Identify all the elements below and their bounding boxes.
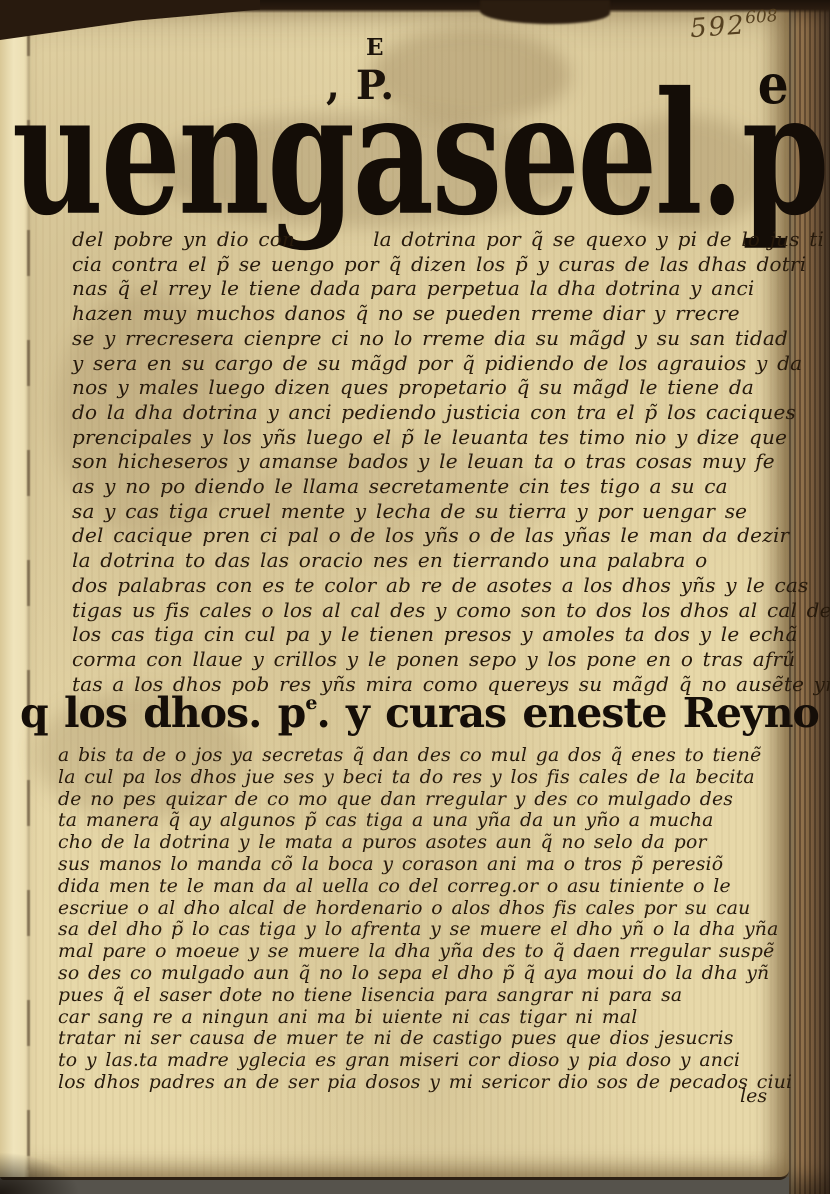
body-block-2: a bis ta de o jos ya secretas q̃ dan des… [58, 745, 784, 1094]
text-line: so des co mulgado aun q̃ no lo sepa el d… [58, 963, 784, 985]
folio-number-superscript: 608 [745, 6, 779, 28]
body-block-1-lines: cia contra el p̃ se uengo por q̃ dizen l… [72, 252, 784, 697]
text-line: sus manos lo manda cõ la boca y corason… [58, 854, 784, 876]
page-title-superscript: e [758, 52, 789, 116]
text-line: nos y males luego dizen ques propetario … [72, 375, 784, 400]
text-line: del pobre yn dio conla dotrina por q̃ se… [72, 227, 784, 252]
text-line: do la dha dotrina y anci pediendo justic… [72, 400, 784, 425]
text-line: dos palabras con es te color ab re de as… [72, 573, 784, 598]
text-line: corma con llaue y crillos y le ponen sep… [72, 647, 784, 672]
text-line: escriue o al dho alcal de hordenario o a… [58, 898, 784, 920]
text-line: pues q̃ el saser dote no tiene lisencia … [58, 985, 784, 1007]
text-line: ta manera q̃ ay algunos p̃ cas tiga a un… [58, 810, 784, 832]
section-heading-post: . y curas eneste Reyno [316, 689, 818, 737]
text-line: los cas tiga cin cul pa y le tienen pres… [72, 622, 784, 647]
text-line: sa y cas tiga cruel mente y lecha de su … [72, 499, 784, 524]
text-line: car sang re a ningun ani ma bi uiente ni… [58, 1007, 784, 1029]
section-heading-superscript: e [305, 692, 316, 714]
text-line: tratar ni ser causa de muer te ni de cas… [58, 1028, 784, 1050]
text-line: la cul pa los dhos jue ses y beci ta do … [58, 767, 784, 789]
text-line: to y las.ta madre yglecia es gran miseri… [58, 1050, 784, 1072]
manuscript-photo: 592608 E , P. uengaseel.p. e del pobre y… [0, 0, 830, 1194]
folio-number-main: 592 [689, 10, 747, 44]
bottom-left-corner-shadow [0, 1152, 80, 1194]
section-heading-pre: q los dhos. p [20, 689, 305, 737]
text-line: cho de la dotrina y le mata a puros asot… [58, 832, 784, 854]
text-line: y sera en su cargo de su mãgd por q̃ pi… [72, 351, 784, 376]
text-line-segment: la dotrina por q̃ se quexo y pi de lo ju… [373, 227, 824, 251]
text-line: se y rrecresera cienpre ci no lo rreme d… [72, 326, 784, 351]
text-line: nas q̃ el rrey le tiene dada para perpet… [72, 276, 784, 301]
text-line: dida men te le man da al uella co del co… [58, 876, 784, 898]
text-line: los dhos padres an de ser pia dosos y mi… [58, 1072, 784, 1094]
text-line: prencipales y los yñs luego el p̃ le le… [72, 425, 784, 450]
text-line: la dotrina to das las oracio nes en tier… [72, 548, 784, 573]
text-line: de no pes quizar de co mo que dan rregul… [58, 789, 784, 811]
page-title-text: uengaseel.p. [12, 70, 830, 238]
text-line: hazen muy muchos danos q̃ no se pueden r… [72, 301, 784, 326]
text-line: son hicheseros y amanse bados y le leuan… [72, 449, 784, 474]
text-line: as y no po diendo le llama secretamente … [72, 474, 784, 499]
text-line: sa del dho p̃ lo cas tiga y lo afrenta y… [58, 919, 784, 941]
catchword: les [740, 1085, 767, 1107]
text-line: mal pare o moeue y se muere la dha yña … [58, 941, 784, 963]
text-line-segment: del pobre yn dio con [72, 227, 295, 251]
body-block-1: del pobre yn dio conla dotrina por q̃ se… [72, 227, 784, 696]
text-line: del cacique pren ci pal o de los yñs o … [72, 523, 784, 548]
text-line: tigas us fis cales o los al cal des y co… [72, 598, 784, 623]
text-line: cia contra el p̃ se uengo por q̃ dizen l… [72, 252, 784, 277]
text-line: a bis ta de o jos ya secretas q̃ dan des… [58, 745, 784, 767]
section-heading: q los dhos. pe. y curas eneste Reyno [20, 691, 786, 736]
body-block-2-lines: a bis ta de o jos ya secretas q̃ dan des… [58, 745, 784, 1094]
